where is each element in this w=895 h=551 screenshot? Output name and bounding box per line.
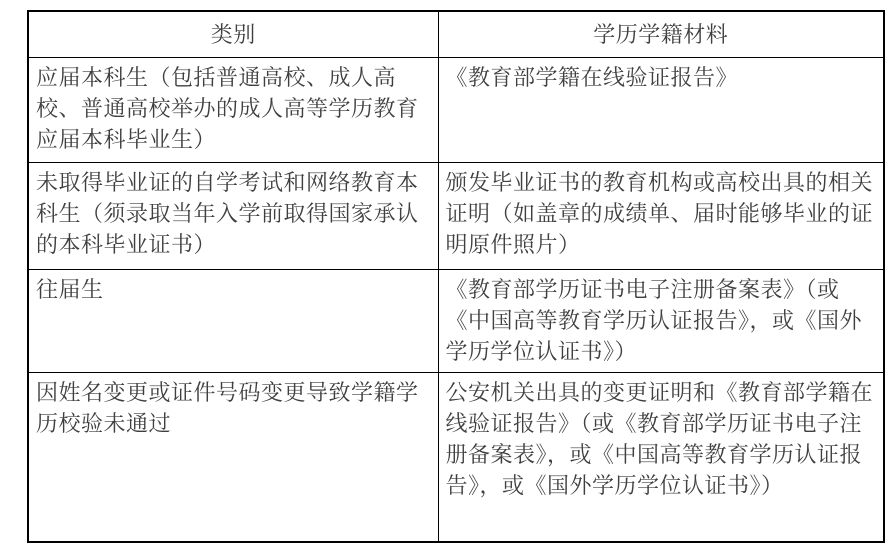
- cell-category: 往届生: [28, 269, 438, 372]
- cell-materials: 《教育部学籍在线验证报告》: [438, 57, 884, 162]
- table-row: 未取得毕业证的自学考试和网络教育本科生（须录取当年入学前取得国家承认的本科毕业证…: [28, 162, 884, 269]
- cell-materials: 公安机关出具的变更证明和《教育部学籍在线验证报告》（或《教育部学历证书电子注册备…: [438, 372, 884, 542]
- column-header-materials: 学历学籍材料: [438, 11, 884, 57]
- cell-category: 应届本科生（包括普通高校、成人高校、普通高校举办的成人高等学历教育应届本科毕业生…: [28, 57, 438, 162]
- table-header-row: 类别 学历学籍材料: [28, 11, 884, 57]
- table-row: 因姓名变更或证件号码变更导致学籍学历校验未通过 公安机关出具的变更证明和《教育部…: [28, 372, 884, 542]
- table-row: 应届本科生（包括普通高校、成人高校、普通高校举办的成人高等学历教育应届本科毕业生…: [28, 57, 884, 162]
- cell-category: 因姓名变更或证件号码变更导致学籍学历校验未通过: [28, 372, 438, 542]
- table-row: 往届生 《教育部学历证书电子注册备案表》（或《中国高等教育学历认证报告》，或《国…: [28, 269, 884, 372]
- cell-materials: 《教育部学历证书电子注册备案表》（或《中国高等教育学历认证报告》，或《国外学历学…: [438, 269, 884, 372]
- cell-category: 未取得毕业证的自学考试和网络教育本科生（须录取当年入学前取得国家承认的本科毕业证…: [28, 162, 438, 269]
- document-page: 类别 学历学籍材料 应届本科生（包括普通高校、成人高校、普通高校举办的成人高等学…: [0, 0, 895, 551]
- cell-materials: 颁发毕业证书的教育机构或高校出具的相关证明（如盖章的成绩单、届时能够毕业的证明原…: [438, 162, 884, 269]
- column-header-category: 类别: [28, 11, 438, 57]
- credentials-table: 类别 学历学籍材料 应届本科生（包括普通高校、成人高校、普通高校举办的成人高等学…: [27, 10, 885, 543]
